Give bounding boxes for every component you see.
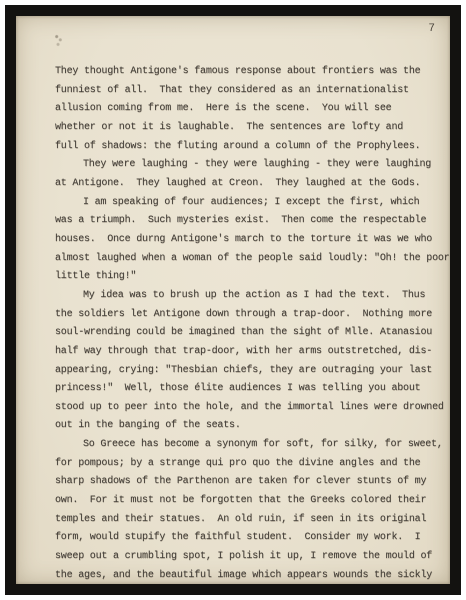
text-line: They were laughing - they were laughing … xyxy=(55,156,440,175)
text-line: full of shadows: the fluting around a co… xyxy=(55,138,440,157)
text-line: little thing!" xyxy=(55,268,440,287)
text-line: half way through that trap-door, with he… xyxy=(55,343,440,362)
text-line: My idea was to brush up the action as I … xyxy=(55,287,440,306)
smudge-mark xyxy=(54,34,63,47)
typewritten-paragraph: They thought Antigone's famous response … xyxy=(55,63,440,156)
typewritten-paragraph: So Greece has become a synonym for soft,… xyxy=(55,436,440,584)
text-line: own. For it must not be forgotten that t… xyxy=(55,492,440,511)
text-line: soul-wrending could be imagined than the… xyxy=(55,324,440,343)
page-number: 7 xyxy=(428,23,435,35)
typewritten-paragraph: My idea was to brush up the action as I … xyxy=(55,287,440,436)
black-mount-border: 7 They thought Antigone's famous respons… xyxy=(5,5,461,595)
text-line: appearing, crying: "Thesbian chiefs, the… xyxy=(55,362,440,381)
text-line: at Antigone. They laughed at Creon. They… xyxy=(55,175,440,194)
text-line: stood up to peer into the hole, and the … xyxy=(55,399,440,418)
text-line: allusion coming from me. Here is the sce… xyxy=(55,100,440,119)
scanned-page: 7 They thought Antigone's famous respons… xyxy=(0,0,466,600)
text-line: out in the banging of the seats. xyxy=(55,417,440,436)
text-line: sharp shadows of the Parthenon are taken… xyxy=(55,473,440,492)
text-line: for pompous; by a strange qui pro quo th… xyxy=(55,455,440,474)
text-line: So Greece has become a synonym for soft,… xyxy=(55,436,440,455)
page-body: They thought Antigone's famous response … xyxy=(55,63,440,584)
text-line: sweep out a crumbling spot, I polish it … xyxy=(55,548,440,567)
text-line: funniest of all. That they considered as… xyxy=(55,82,440,101)
text-line: princess!" Well, those élite audiences I… xyxy=(55,380,440,399)
text-line: temples and their statues. An old ruin, … xyxy=(55,511,440,530)
typewritten-paragraph: I am speaking of four audiences; I excep… xyxy=(55,194,440,287)
text-line: houses. Once durng Antigone's march to t… xyxy=(55,231,440,250)
text-line: almost laughed when a woman of the peopl… xyxy=(55,250,440,269)
text-line: form, would stupify the faithful student… xyxy=(55,529,440,548)
typewritten-page: 7 They thought Antigone's famous respons… xyxy=(16,16,450,584)
text-line: the ages, and the beautiful image which … xyxy=(55,567,440,584)
text-line: the soldiers let Antigone down through a… xyxy=(55,306,440,325)
text-line: They thought Antigone's famous response … xyxy=(55,63,440,82)
text-line: I am speaking of four audiences; I excep… xyxy=(55,194,440,213)
text-line: was a triumph. Such mysteries exist. The… xyxy=(55,212,440,231)
typewritten-paragraph: They were laughing - they were laughing … xyxy=(55,156,440,193)
text-line: whether or not it is laughable. The sent… xyxy=(55,119,440,138)
